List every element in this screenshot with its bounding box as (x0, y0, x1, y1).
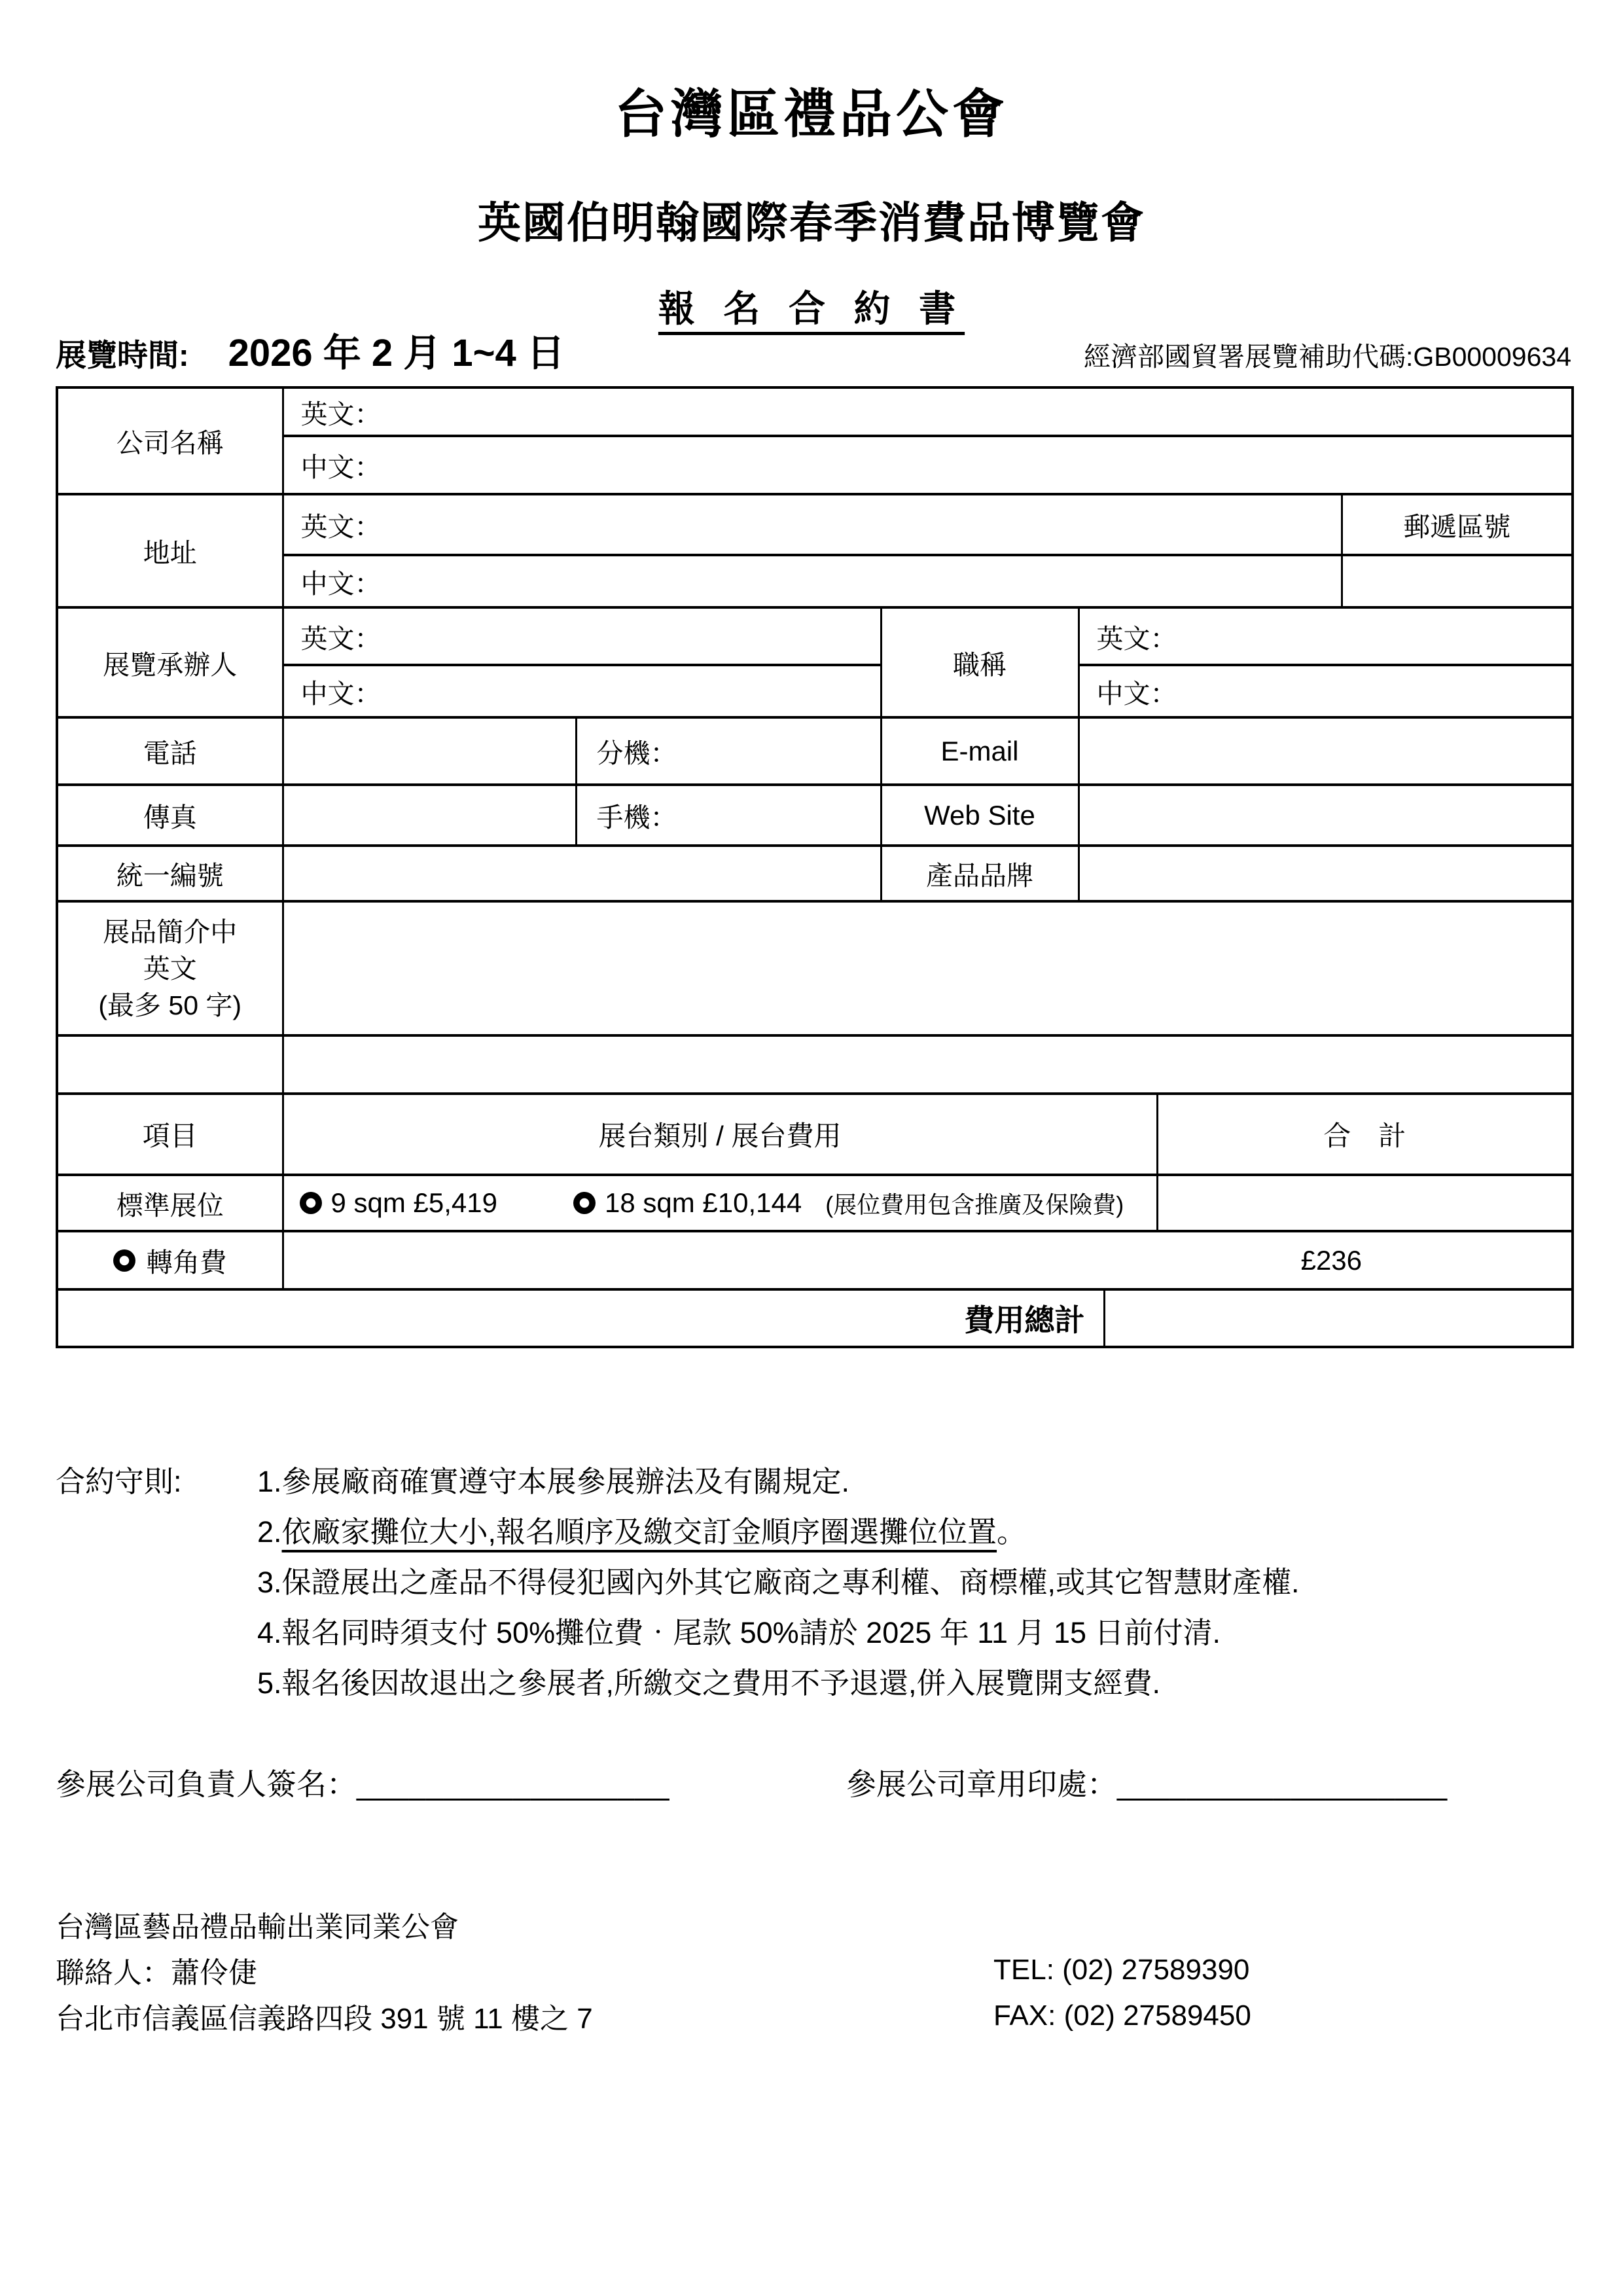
exhibition-time-value: 2026 年 2 月 1~4 日 (228, 322, 565, 377)
booth-option-18sqm[interactable]: 18 sqm £10,144 (573, 1187, 802, 1219)
subsidy-code: 經濟部國貿署展覽補助代碼:GB00009634 (1084, 335, 1571, 374)
company-name-label: 公司名稱 (57, 387, 283, 494)
company-name-en-label: 英文： (301, 399, 382, 429)
corner-fee-option[interactable]: 轉角費 (57, 1231, 283, 1289)
corner-fee-amount: £236 (1301, 1245, 1362, 1276)
signer-label: 參展公司負責人簽名： (56, 1767, 357, 1801)
booth-fee-note: (展位費用包含推廣及保險費) (825, 1187, 1124, 1220)
phone-label: 電話 (57, 717, 283, 785)
booth-option-9sqm[interactable]: 9 sqm £5,419 (300, 1187, 498, 1219)
spacer-cell (283, 1035, 1573, 1094)
association-name: 台灣區藝品禮品輸出業同業公會 (56, 1903, 459, 1945)
product-intro-label: 展品簡介中 英文 (最多 50 字) (57, 901, 283, 1035)
exhibition-name: 英國伯明翰國際春季消費品博覽會 (0, 188, 1623, 250)
stamp-line[interactable]: ___________________ (1117, 1767, 1448, 1801)
organizer-label: 展覽承辦人 (57, 607, 283, 717)
rule-item-2: 2.依廠家攤位大小,報名順序及繳交訂金順序圈選攤位位置。 (257, 1507, 1300, 1557)
phone-field[interactable] (283, 717, 576, 785)
signature-line[interactable]: __________________ (357, 1767, 670, 1801)
website-label: Web Site (881, 785, 1079, 846)
organizer-zh-label: 中文： (301, 679, 382, 709)
document-header: 台灣區禮品公會 英國伯明翰國際春季消費品博覽會 報 名 合 約 書 (0, 0, 1623, 332)
brand-label: 產品品牌 (881, 846, 1079, 901)
job-title-label: 職稱 (881, 607, 1079, 717)
fax-field[interactable] (283, 785, 576, 846)
booth-option-18sqm-label: 18 sqm £10,144 (605, 1187, 802, 1219)
contract-rules-label: 合約守則: (56, 1456, 257, 1708)
company-name-zh-label: 中文： (301, 452, 382, 482)
stamp-block: 參展公司章用印處：___________________ (846, 1761, 1448, 1804)
organizer-en-label: 英文： (301, 624, 382, 654)
standard-booth-label: 標準展位 (57, 1175, 283, 1231)
signature-block: 參展公司負責人簽名：__________________ (56, 1761, 846, 1804)
rule-item-1: 1.參展廠商確實遵守本展參展辦法及有關規定. (257, 1456, 1300, 1507)
booth-options: 9 sqm £5,419 18 sqm £10,144 (展位費用包含推廣及保險… (300, 1187, 1156, 1220)
corner-fee-option-inner[interactable]: 轉角費 (58, 1241, 282, 1280)
page-title: 台灣區禮品公會 (0, 72, 1623, 147)
organizer-footer: 台灣區藝品禮品輸出業同業公會 聯絡人：蕭伶倢 TEL: (02) 2758939… (56, 1901, 1571, 2039)
footer-address-row: 台北市信義區信義路四段 391 號 11 樓之 7 FAX: (02) 2758… (56, 1993, 1571, 2039)
contract-rules-section: 合約守則: 1.參展廠商確實遵守本展參展辦法及有關規定. 2.依廠家攤位大小,報… (56, 1456, 1571, 1708)
job-title-en-field[interactable]: 英文： (1079, 607, 1573, 665)
footer-contact-row: 聯絡人：蕭伶倢 TEL: (02) 27589390 (56, 1947, 1571, 1993)
radio-18sqm-icon[interactable] (573, 1192, 596, 1214)
rule-item-2-end: 。 (997, 1515, 1026, 1549)
rule-item-4: 4.報名同時須支付 50%攤位費‧尾款 50%請於 2025 年 11 月 15… (257, 1607, 1300, 1658)
rule-item-3: 3.保證展出之產品不得侵犯國內外其它廠商之專利權、商標權,或其它智慧財產權. (257, 1557, 1300, 1607)
spacer-label-cell (57, 1035, 283, 1094)
job-title-en-label: 英文： (1097, 624, 1177, 654)
booth-option-9sqm-label: 9 sqm £5,419 (331, 1187, 498, 1219)
organizer-en-field[interactable]: 英文： (283, 607, 881, 665)
contact-person: 聯絡人：蕭伶倢 (56, 1949, 993, 1991)
booth-category-header: 展台類別 / 展台費用 (283, 1094, 1157, 1175)
website-field[interactable] (1079, 785, 1573, 846)
total-column-header: 合 計 (1157, 1094, 1573, 1175)
company-name-en-field[interactable]: 英文： (283, 387, 1573, 436)
phone-ext-label: 分機： (597, 738, 677, 768)
address-label: 地址 (57, 494, 283, 607)
contract-rules-list: 1.參展廠商確實遵守本展參展辦法及有關規定. 2.依廠家攤位大小,報名順序及繳交… (257, 1456, 1300, 1708)
total-fee-label: 費用總計 (57, 1289, 1104, 1347)
product-intro-label-line1: 展品簡介中 (58, 914, 282, 950)
product-intro-label-line3: (最多 50 字) (58, 987, 282, 1024)
corner-fee-amount-cell: £236 (283, 1231, 1573, 1289)
job-title-zh-label: 中文： (1097, 679, 1177, 709)
mobile-label: 手機： (597, 802, 677, 833)
tel-number: TEL: (02) 27589390 (993, 1954, 1249, 1986)
signature-section: 參展公司負責人簽名：__________________ 參展公司章用印處：__… (56, 1761, 1571, 1804)
rule-item-2-text: 依廠家攤位大小,報名順序及繳交訂金順序圈選攤位位置 (282, 1515, 997, 1549)
tax-id-field[interactable] (283, 846, 881, 901)
stamp-label: 參展公司章用印處： (846, 1767, 1117, 1801)
association-address: 台北市信義區信義路四段 391 號 11 樓之 7 (56, 1995, 993, 2037)
radio-9sqm-icon[interactable] (300, 1192, 322, 1214)
phone-ext-field[interactable]: 分機： (576, 717, 881, 785)
postal-code-field[interactable] (1342, 555, 1573, 607)
address-zh-label: 中文： (301, 569, 382, 599)
standard-booth-total-field[interactable] (1157, 1175, 1573, 1231)
rule-item-2-number: 2. (257, 1515, 282, 1549)
organizer-zh-field[interactable]: 中文： (283, 665, 881, 717)
total-fee-field[interactable] (1104, 1289, 1573, 1347)
email-label: E-mail (881, 717, 1079, 785)
corner-fee-label: 轉角費 (146, 1241, 226, 1280)
postal-code-header: 郵遞區號 (1342, 494, 1573, 555)
item-column-header: 項目 (57, 1094, 283, 1175)
email-field[interactable] (1079, 717, 1573, 785)
rule-item-5: 5.報名後因故退出之參展者,所繳交之費用不予退還,併入展覽開支經費. (257, 1658, 1300, 1708)
tax-id-label: 統一編號 (57, 846, 283, 901)
company-name-zh-field[interactable]: 中文： (283, 436, 1573, 494)
registration-form-table: 公司名稱 英文： 中文： 地址 英文： 郵遞區號 中文： 展覽承辦人 英文： 職… (56, 386, 1574, 1348)
fax-number: FAX: (02) 27589450 (993, 2000, 1251, 2032)
footer-org-row: 台灣區藝品禮品輸出業同業公會 (56, 1901, 1571, 1947)
mobile-field[interactable]: 手機： (576, 785, 881, 846)
product-intro-label-line2: 英文 (58, 950, 282, 987)
product-intro-field[interactable] (283, 901, 1573, 1035)
booth-options-cell: 9 sqm £5,419 18 sqm £10,144 (展位費用包含推廣及保險… (283, 1175, 1157, 1231)
exhibition-info-line: 展覽時間: 2026 年 2 月 1~4 日 經濟部國貿署展覽補助代碼:GB00… (56, 322, 1571, 377)
address-en-field[interactable]: 英文： (283, 494, 1342, 555)
exhibition-time-label: 展覽時間: (56, 331, 189, 375)
registration-contract-page: { "page": { "title": "台灣區禮品公會", "subtitl… (0, 0, 1623, 2296)
address-en-label: 英文： (301, 512, 382, 542)
brand-field[interactable] (1079, 846, 1573, 901)
fax-label: 傳真 (57, 785, 283, 846)
radio-corner-fee-icon[interactable] (113, 1249, 135, 1272)
job-title-zh-field[interactable]: 中文： (1079, 665, 1573, 717)
address-zh-field[interactable]: 中文： (283, 555, 1342, 607)
